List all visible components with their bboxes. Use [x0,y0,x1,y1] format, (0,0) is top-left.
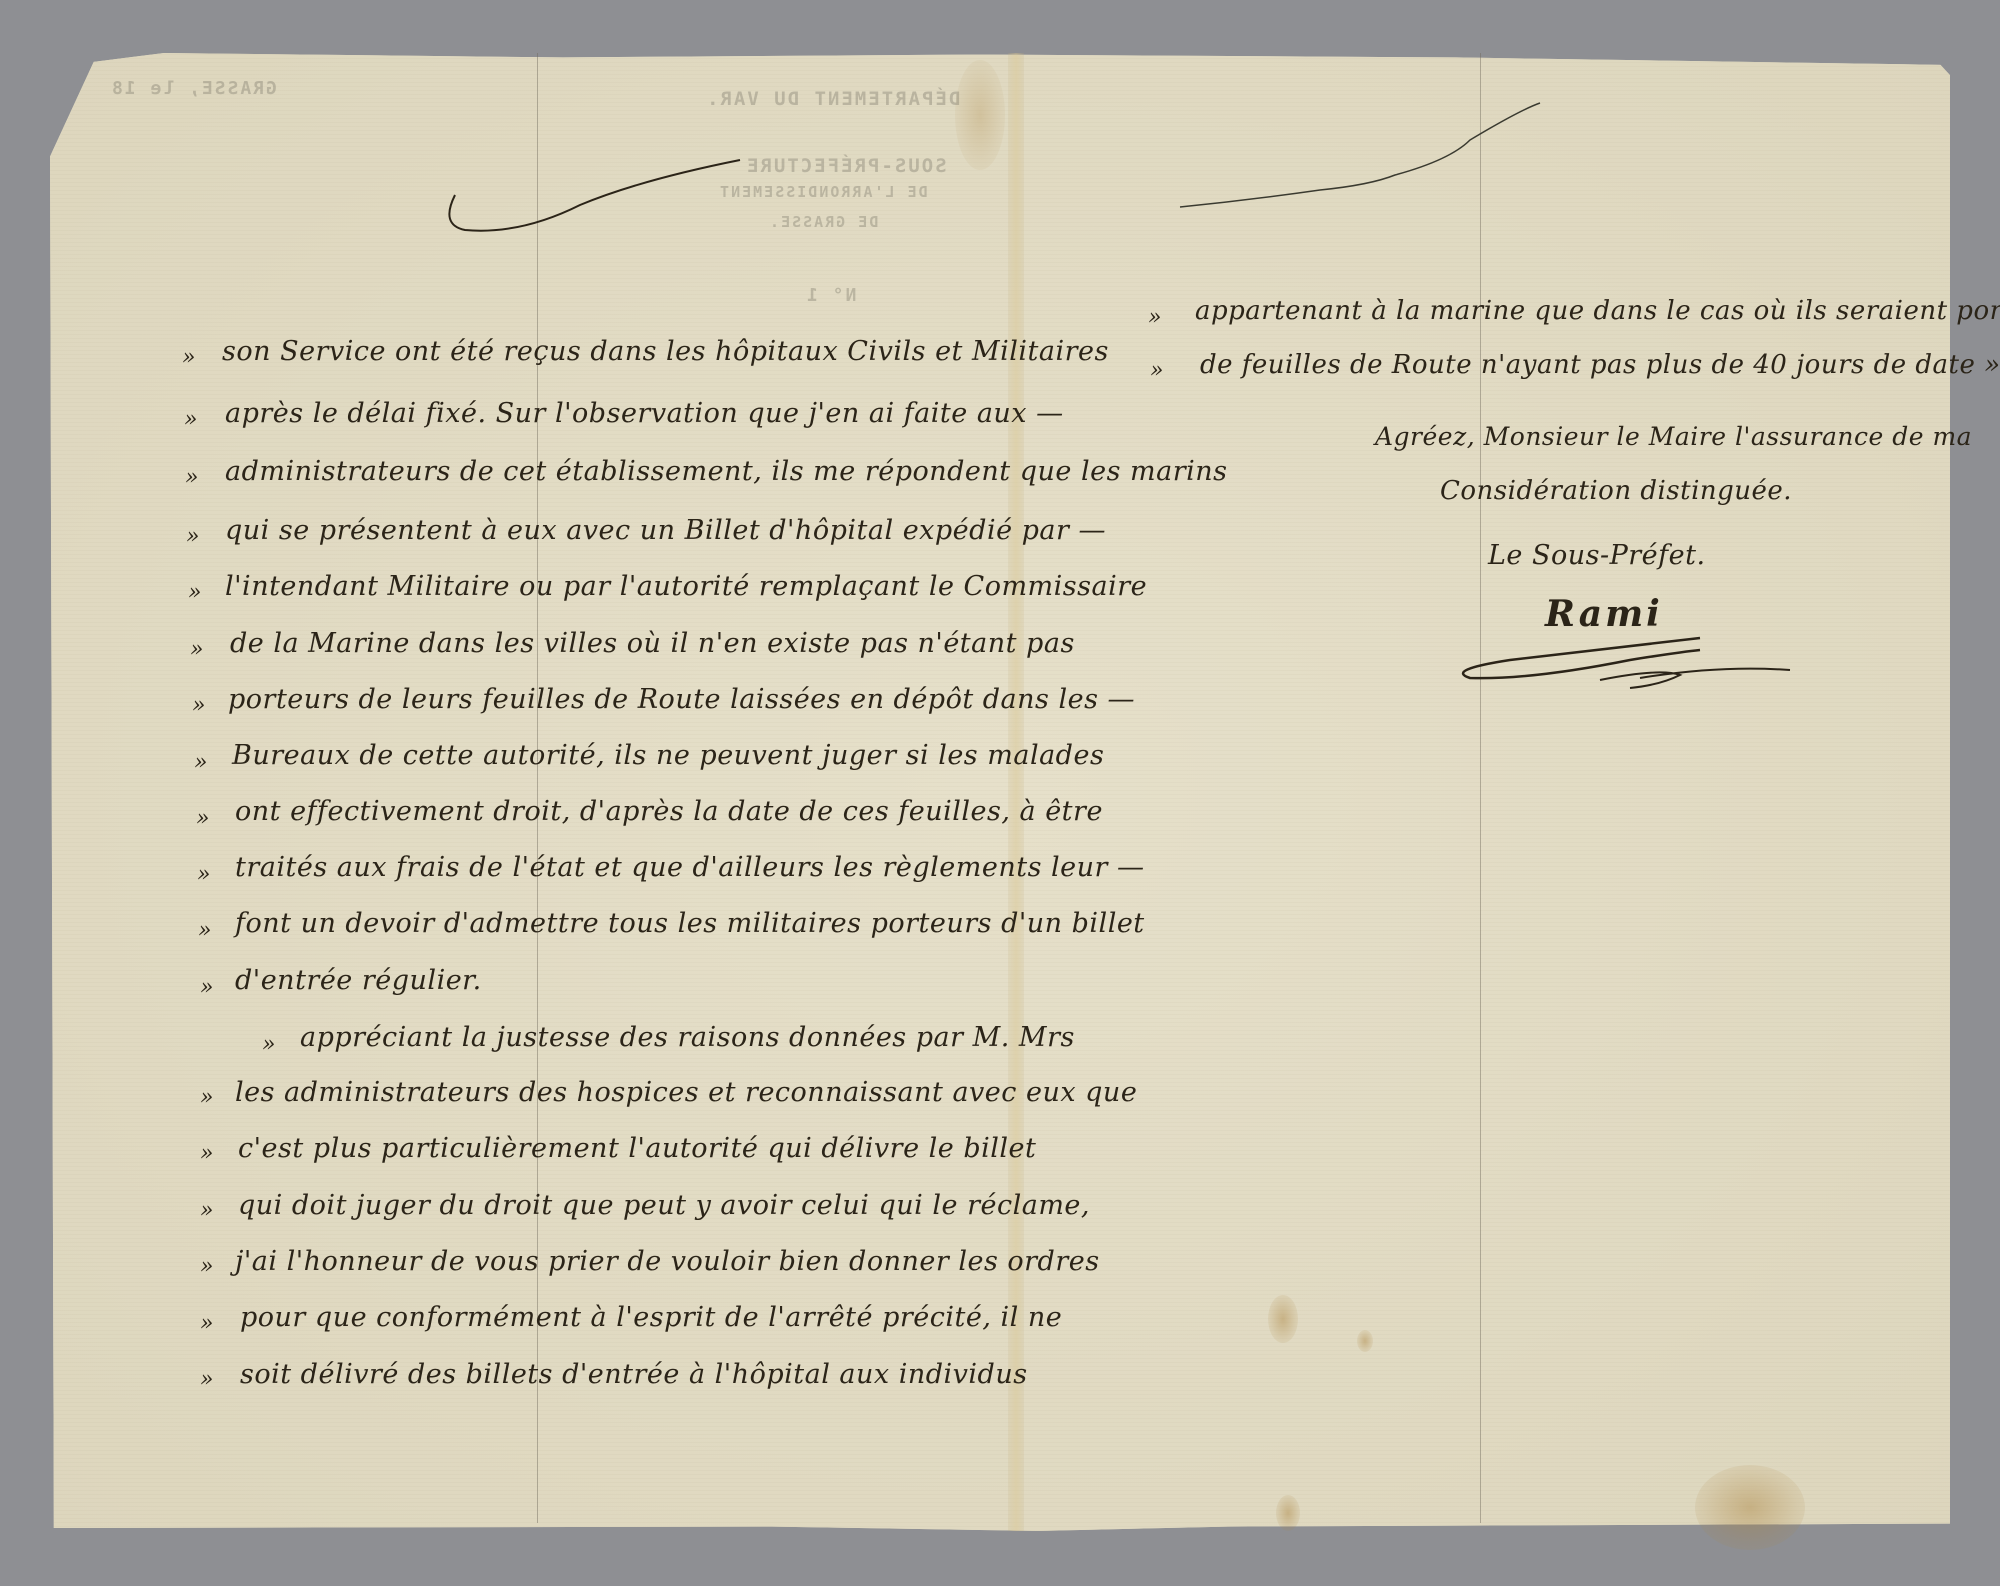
left-line-9: ont effectivement droit, d'après la date… [235,796,1103,827]
left-line-4: qui se présentent à eux avec un Billet d… [225,515,1106,546]
left-line-8: Bureaux de cette autorité, ils ne peuven… [232,740,1104,771]
right-line-1: appartenant à la marine que dans le cas … [1195,296,2000,326]
quote-mark: » [184,407,197,432]
left-line-18: pour que conformément à l'esprit de l'ar… [240,1302,1062,1333]
quote-mark: » [200,1367,213,1392]
quote-mark: » [196,806,209,831]
left-line-14: les administrateurs des hospices et reco… [235,1077,1137,1108]
signature-flourish [1450,630,1850,710]
quote-mark: » [198,918,211,943]
left-line-2: après le délai fixé. Sur l'observation q… [225,398,1064,429]
right-line-2: de feuilles de Route n'ayant pas plus de… [1200,350,2000,380]
quote-mark: » [188,580,201,605]
left-line-15: c'est plus particulièrement l'autorité q… [238,1133,1036,1164]
stain-spot [1357,1330,1373,1352]
quote-mark: » [1148,305,1161,330]
quote-mark: » [262,1032,275,1057]
quote-mark: » [200,1198,213,1223]
left-line-7: porteurs de leurs feuilles de Route lais… [228,684,1135,715]
left-line-16: qui doit juger du droit que peut y avoir… [238,1190,1090,1221]
left-line-12: d'entrée régulier. [235,965,482,996]
left-line-1: son Service ont été reçus dans les hôpit… [222,336,1109,367]
quote-mark: » [194,750,207,775]
quote-mark: » [200,1254,213,1279]
signature: Rami [1545,593,1663,635]
stain-spot [1276,1495,1300,1531]
stain-spot [1695,1465,1805,1550]
quote-mark: » [186,524,199,549]
left-line-19: soit délivré des billets d'entrée à l'hô… [240,1359,1028,1390]
quote-mark: » [200,975,213,1000]
quote-mark: » [200,1085,213,1110]
quote-mark: » [1150,358,1163,383]
left-line-11: font un devoir d'admettre tous les milit… [235,908,1145,939]
left-line-3: administrateurs de cet établissement, il… [225,456,1228,487]
left-line-10: traités aux frais de l'état et que d'ail… [235,852,1145,883]
quote-mark: » [200,1311,213,1336]
quote-mark: » [190,637,203,662]
left-line-5: l'intendant Militaire ou par l'autorité … [225,571,1147,602]
quote-mark: » [200,1141,213,1166]
left-line-13: appréciant la justesse des raisons donné… [300,1022,1075,1053]
stain-spot [1268,1295,1298,1343]
signatory-title: Le Sous-Préfet. [1488,540,1706,571]
closing-line-2: Considération distinguée. [1440,476,1792,506]
quote-mark: » [197,862,210,887]
quote-mark: » [182,345,195,370]
closing-line-1: Agréez, Monsieur le Maire l'assurance de… [1375,422,1972,451]
quote-mark: » [185,465,198,490]
quote-mark: » [192,693,205,718]
left-line-6: de la Marine dans les villes où il n'en … [230,628,1075,659]
left-line-17: j'ai l'honneur de vous prier de vouloir … [235,1246,1100,1277]
